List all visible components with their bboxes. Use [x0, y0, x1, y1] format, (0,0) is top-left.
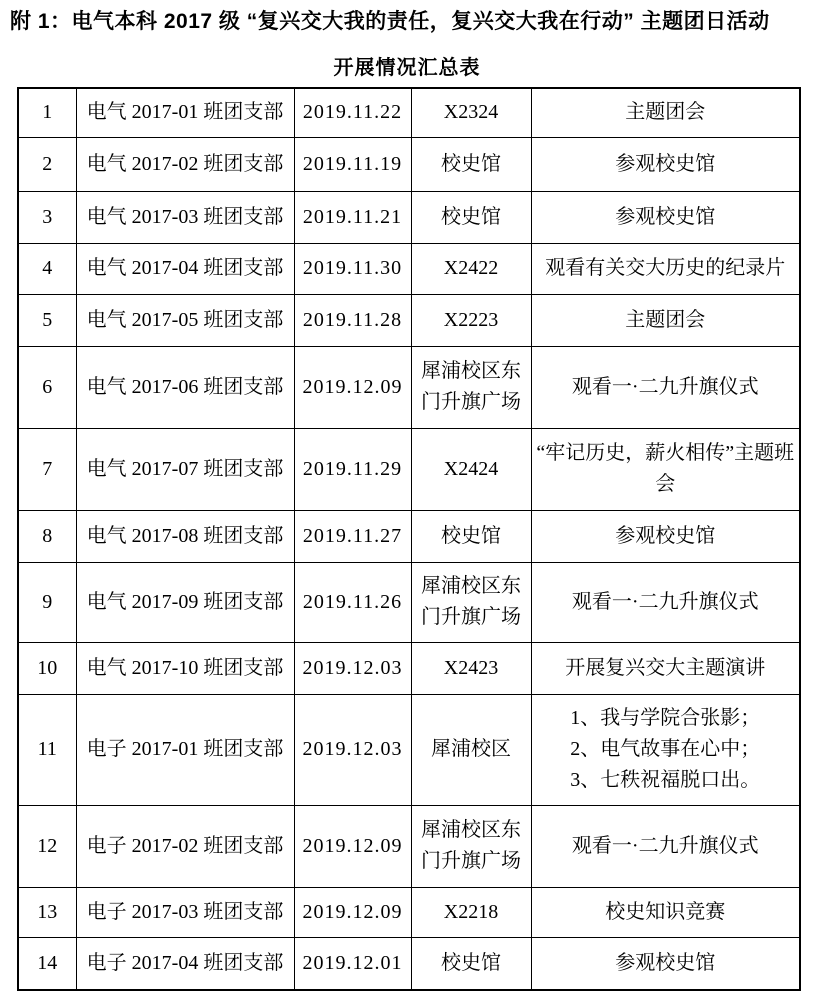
cell-branch: 电子 2017-04 班团支部	[76, 937, 294, 990]
table-row: 7电气 2017-07 班团支部2019.11.29X2424“牢记历史，薪火相…	[18, 428, 800, 510]
cell-no: 13	[18, 887, 76, 937]
cell-date: 2019.11.29	[294, 428, 411, 510]
cell-location: 校史馆	[411, 937, 531, 990]
activity-summary-table: 1电气 2017-01 班团支部2019.11.22X2324主题团会2电气 2…	[17, 87, 801, 991]
cell-activity: 观看有关交大历史的纪录片	[531, 243, 800, 294]
cell-no: 5	[18, 294, 76, 346]
cell-date: 2019.12.03	[294, 642, 411, 694]
table-row: 6电气 2017-06 班团支部2019.12.09犀浦校区东门升旗广场观看一·…	[18, 346, 800, 428]
table-row: 2电气 2017-02 班团支部2019.11.19校史馆参观校史馆	[18, 137, 800, 191]
cell-location: 校史馆	[411, 191, 531, 243]
cell-location: X2423	[411, 642, 531, 694]
cell-date: 2019.12.01	[294, 937, 411, 990]
table-row: 13电子 2017-03 班团支部2019.12.09X2218校史知识竞赛	[18, 887, 800, 937]
table-row: 3电气 2017-03 班团支部2019.11.21校史馆参观校史馆	[18, 191, 800, 243]
cell-branch: 电气 2017-03 班团支部	[76, 191, 294, 243]
cell-activity: 观看一·二九升旗仪式	[531, 805, 800, 887]
cell-date: 2019.11.26	[294, 562, 411, 642]
cell-activity: 校史知识竞赛	[531, 887, 800, 937]
cell-location: X2218	[411, 887, 531, 937]
document-title: 附 1：电气本科 2017 级 “复兴交大我的责任，复兴交大我在行动” 主题团日…	[0, 0, 814, 34]
cell-branch: 电子 2017-03 班团支部	[76, 887, 294, 937]
table-row: 11电子 2017-01 班团支部2019.12.03犀浦校区1、我与学院合张影…	[18, 694, 800, 805]
table-row: 9电气 2017-09 班团支部2019.11.26犀浦校区东门升旗广场观看一·…	[18, 562, 800, 642]
cell-date: 2019.11.22	[294, 88, 411, 137]
cell-activity: 1、我与学院合张影； 2、电气故事在心中； 3、七秩祝福脱口出。	[531, 694, 800, 805]
table-row: 1电气 2017-01 班团支部2019.11.22X2324主题团会	[18, 88, 800, 137]
cell-activity: 参观校史馆	[531, 191, 800, 243]
table-row: 14电子 2017-04 班团支部2019.12.01校史馆参观校史馆	[18, 937, 800, 990]
cell-location: 犀浦校区	[411, 694, 531, 805]
cell-date: 2019.11.30	[294, 243, 411, 294]
table-row: 12电子 2017-02 班团支部2019.12.09犀浦校区东门升旗广场观看一…	[18, 805, 800, 887]
cell-location: X2324	[411, 88, 531, 137]
cell-branch: 电子 2017-01 班团支部	[76, 694, 294, 805]
cell-activity: 观看一·二九升旗仪式	[531, 346, 800, 428]
cell-no: 11	[18, 694, 76, 805]
cell-activity: 参观校史馆	[531, 937, 800, 990]
cell-location: 校史馆	[411, 510, 531, 562]
document-subtitle: 开展情况汇总表	[0, 51, 814, 80]
cell-location: X2422	[411, 243, 531, 294]
cell-location: X2424	[411, 428, 531, 510]
cell-date: 2019.11.27	[294, 510, 411, 562]
cell-location: 校史馆	[411, 137, 531, 191]
cell-branch: 电气 2017-10 班团支部	[76, 642, 294, 694]
cell-activity: 主题团会	[531, 294, 800, 346]
cell-no: 8	[18, 510, 76, 562]
document-page: 附 1：电气本科 2017 级 “复兴交大我的责任，复兴交大我在行动” 主题团日…	[0, 0, 814, 998]
cell-activity: 观看一·二九升旗仪式	[531, 562, 800, 642]
table-body: 1电气 2017-01 班团支部2019.11.22X2324主题团会2电气 2…	[18, 88, 800, 990]
cell-branch: 电气 2017-04 班团支部	[76, 243, 294, 294]
cell-no: 2	[18, 137, 76, 191]
cell-activity: 参观校史馆	[531, 137, 800, 191]
cell-activity: 主题团会	[531, 88, 800, 137]
cell-date: 2019.12.09	[294, 887, 411, 937]
cell-branch: 电气 2017-05 班团支部	[76, 294, 294, 346]
cell-activity: 参观校史馆	[531, 510, 800, 562]
table-row: 4电气 2017-04 班团支部2019.11.30X2422观看有关交大历史的…	[18, 243, 800, 294]
cell-branch: 电气 2017-07 班团支部	[76, 428, 294, 510]
cell-no: 1	[18, 88, 76, 137]
table-row: 5电气 2017-05 班团支部2019.11.28X2223主题团会	[18, 294, 800, 346]
cell-date: 2019.12.03	[294, 694, 411, 805]
cell-location: 犀浦校区东门升旗广场	[411, 805, 531, 887]
cell-date: 2019.11.28	[294, 294, 411, 346]
cell-location: X2223	[411, 294, 531, 346]
cell-branch: 电气 2017-08 班团支部	[76, 510, 294, 562]
cell-no: 10	[18, 642, 76, 694]
cell-date: 2019.11.19	[294, 137, 411, 191]
cell-location: 犀浦校区东门升旗广场	[411, 346, 531, 428]
cell-branch: 电子 2017-02 班团支部	[76, 805, 294, 887]
cell-activity: “牢记历史，薪火相传”主题班会	[531, 428, 800, 510]
table-row: 10电气 2017-10 班团支部2019.12.03X2423开展复兴交大主题…	[18, 642, 800, 694]
cell-no: 3	[18, 191, 76, 243]
cell-no: 4	[18, 243, 76, 294]
cell-branch: 电气 2017-02 班团支部	[76, 137, 294, 191]
cell-location: 犀浦校区东门升旗广场	[411, 562, 531, 642]
cell-activity: 开展复兴交大主题演讲	[531, 642, 800, 694]
cell-branch: 电气 2017-09 班团支部	[76, 562, 294, 642]
cell-branch: 电气 2017-01 班团支部	[76, 88, 294, 137]
cell-branch: 电气 2017-06 班团支部	[76, 346, 294, 428]
cell-no: 7	[18, 428, 76, 510]
cell-date: 2019.12.09	[294, 346, 411, 428]
cell-date: 2019.11.21	[294, 191, 411, 243]
cell-no: 12	[18, 805, 76, 887]
cell-no: 6	[18, 346, 76, 428]
cell-no: 14	[18, 937, 76, 990]
table-row: 8电气 2017-08 班团支部2019.11.27校史馆参观校史馆	[18, 510, 800, 562]
cell-date: 2019.12.09	[294, 805, 411, 887]
cell-no: 9	[18, 562, 76, 642]
